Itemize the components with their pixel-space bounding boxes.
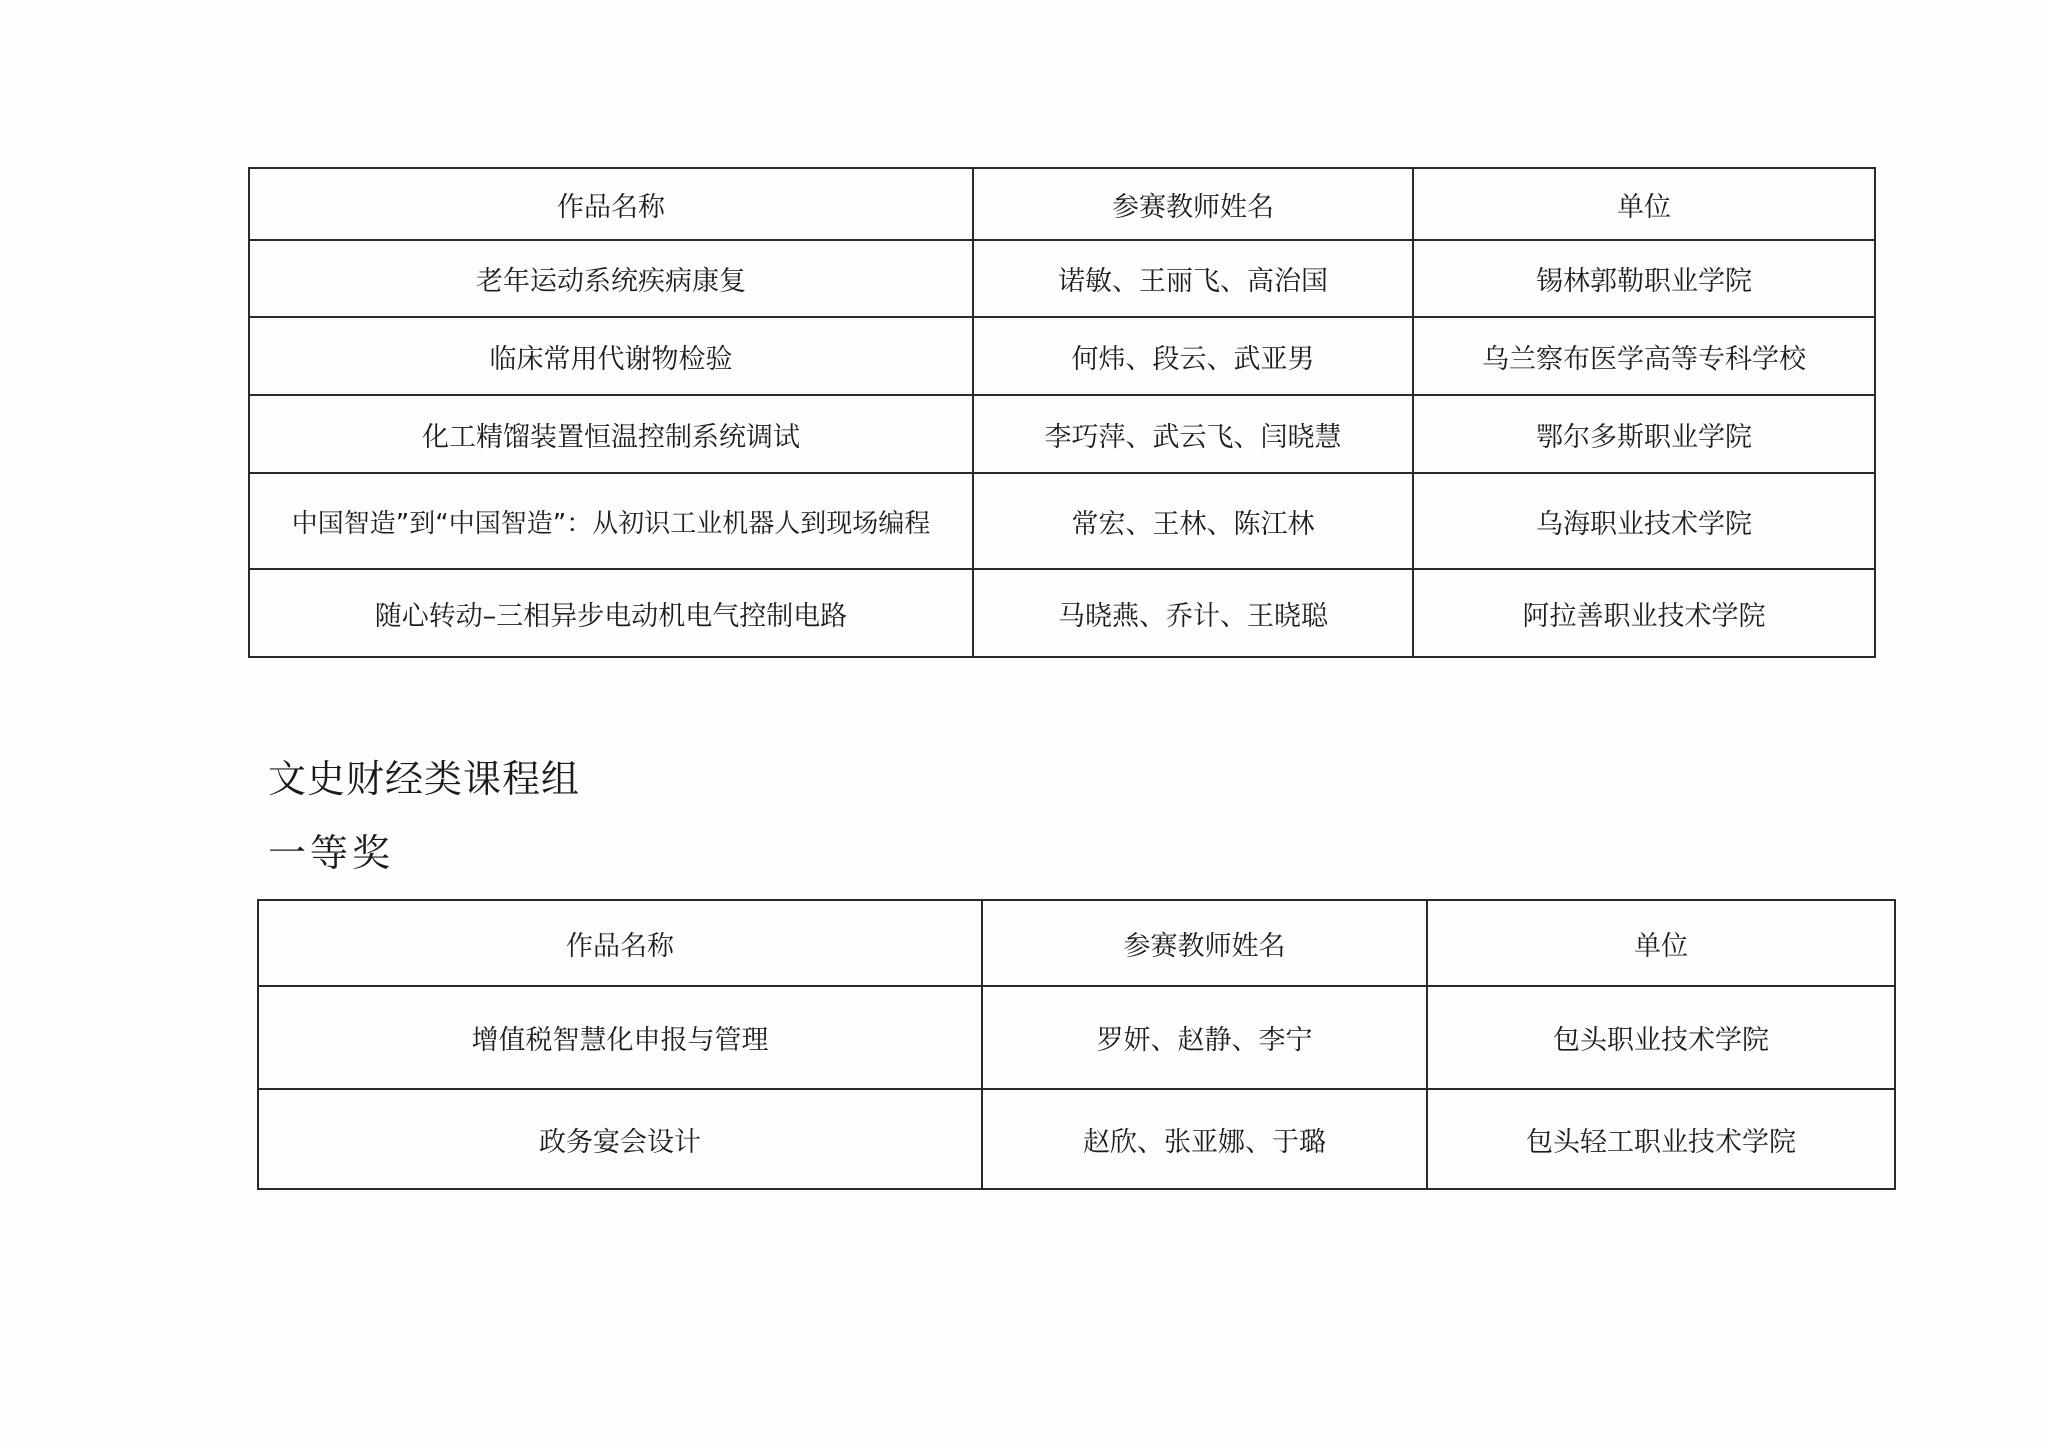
- course-group-heading: 文史财经类课程组: [268, 748, 580, 803]
- cell-teacher-names: 李巧萍、武云飞、闫晓慧: [973, 395, 1413, 473]
- cell-teacher-names: 赵欣、张亚娜、于璐: [982, 1089, 1427, 1189]
- cell-work-name: 增值税智慧化申报与管理: [258, 986, 982, 1089]
- table-row: 中国智造”到“中国智造”：从初识工业机器人到现场编程 常宏、王林、陈江林 乌海职…: [249, 473, 1875, 569]
- header-unit: 单位: [1427, 900, 1895, 986]
- awards-table-1: 作品名称 参赛教师姓名 单位 老年运动系统疾病康复 诺敏、王丽飞、高治国 锡林郭…: [248, 167, 1876, 658]
- header-unit: 单位: [1413, 168, 1875, 240]
- cell-unit: 乌兰察布医学高等专科学校: [1413, 317, 1875, 395]
- table-header-row: 作品名称 参赛教师姓名 单位: [249, 168, 1875, 240]
- table-row: 随心转动–三相异步电动机电气控制电路 马晓燕、乔计、王晓聪 阿拉善职业技术学院: [249, 569, 1875, 657]
- cell-unit: 乌海职业技术学院: [1413, 473, 1875, 569]
- table-row: 增值税智慧化申报与管理 罗妍、赵静、李宁 包头职业技术学院: [258, 986, 1895, 1089]
- header-work-name: 作品名称: [249, 168, 973, 240]
- prize-level-heading: 一等奖: [268, 822, 394, 877]
- awards-table-2: 作品名称 参赛教师姓名 单位 增值税智慧化申报与管理 罗妍、赵静、李宁 包头职业…: [257, 899, 1896, 1190]
- cell-work-name: 中国智造”到“中国智造”：从初识工业机器人到现场编程: [249, 473, 973, 569]
- table-row: 化工精馏装置恒温控制系统调试 李巧萍、武云飞、闫晓慧 鄂尔多斯职业学院: [249, 395, 1875, 473]
- cell-unit: 鄂尔多斯职业学院: [1413, 395, 1875, 473]
- cell-work-name: 政务宴会设计: [258, 1089, 982, 1189]
- cell-work-name: 临床常用代谢物检验: [249, 317, 973, 395]
- cell-teacher-names: 罗妍、赵静、李宁: [982, 986, 1427, 1089]
- header-teacher-names: 参赛教师姓名: [982, 900, 1427, 986]
- header-teacher-names: 参赛教师姓名: [973, 168, 1413, 240]
- table-row: 老年运动系统疾病康复 诺敏、王丽飞、高治国 锡林郭勒职业学院: [249, 240, 1875, 317]
- cell-teacher-names: 何炜、段云、武亚男: [973, 317, 1413, 395]
- cell-unit: 包头职业技术学院: [1427, 986, 1895, 1089]
- cell-unit: 包头轻工职业技术学院: [1427, 1089, 1895, 1189]
- cell-unit: 锡林郭勒职业学院: [1413, 240, 1875, 317]
- table-header-row: 作品名称 参赛教师姓名 单位: [258, 900, 1895, 986]
- header-work-name: 作品名称: [258, 900, 982, 986]
- cell-teacher-names: 常宏、王林、陈江林: [973, 473, 1413, 569]
- table-row: 政务宴会设计 赵欣、张亚娜、于璐 包头轻工职业技术学院: [258, 1089, 1895, 1189]
- cell-work-name: 老年运动系统疾病康复: [249, 240, 973, 317]
- table-row: 临床常用代谢物检验 何炜、段云、武亚男 乌兰察布医学高等专科学校: [249, 317, 1875, 395]
- cell-work-name: 化工精馏装置恒温控制系统调试: [249, 395, 973, 473]
- cell-teacher-names: 诺敏、王丽飞、高治国: [973, 240, 1413, 317]
- cell-unit: 阿拉善职业技术学院: [1413, 569, 1875, 657]
- cell-work-name: 随心转动–三相异步电动机电气控制电路: [249, 569, 973, 657]
- cell-teacher-names: 马晓燕、乔计、王晓聪: [973, 569, 1413, 657]
